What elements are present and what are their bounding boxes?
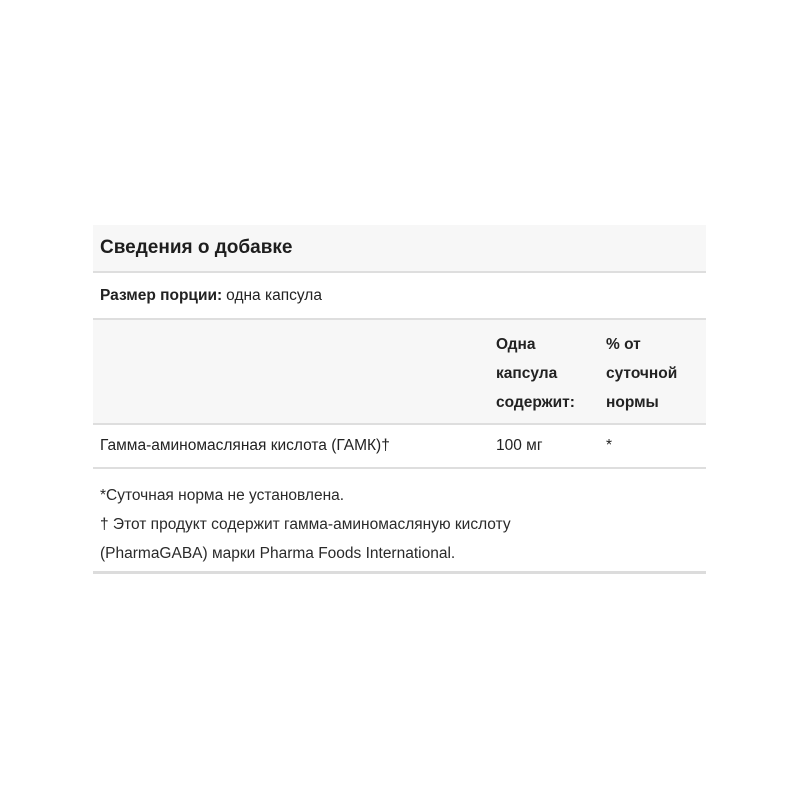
footnote-daily-value: *Суточная норма не установлена. xyxy=(100,481,706,510)
table-row: Гамма-аминомасляная кислота (ГАМК)† 100 … xyxy=(93,425,706,469)
supplement-facts-table: Сведения о добавке Размер порции: одна к… xyxy=(93,225,706,574)
serving-size-value: одна капсула xyxy=(226,287,322,305)
table-title: Сведения о добавке xyxy=(100,237,292,259)
footnote-ingredient-line-1: † Этот продукт содержит гамма-аминомасля… xyxy=(100,510,706,539)
ingredient-amount: 100 мг xyxy=(487,437,596,455)
ingredient-daily-value: * xyxy=(596,437,706,455)
serving-size-label: Размер порции: xyxy=(100,287,222,305)
ingredient-name: Гамма-аминомасляная кислота (ГАМК)† xyxy=(93,437,487,455)
title-row: Сведения о добавке xyxy=(93,225,706,273)
footnote-ingredient-line-2: (PharmaGABA) марки Pharma Foods Internat… xyxy=(100,539,706,568)
column-header-daily-value: % от суточной нормы xyxy=(596,330,706,423)
column-header-row: Одна капсула содержит: % от суточной нор… xyxy=(93,320,706,425)
column-header-name xyxy=(93,330,487,423)
footnotes: *Суточная норма не установлена. † Этот п… xyxy=(93,469,706,574)
column-header-amount: Одна капсула содержит: xyxy=(487,330,596,423)
serving-size-row: Размер порции: одна капсула xyxy=(93,273,706,320)
